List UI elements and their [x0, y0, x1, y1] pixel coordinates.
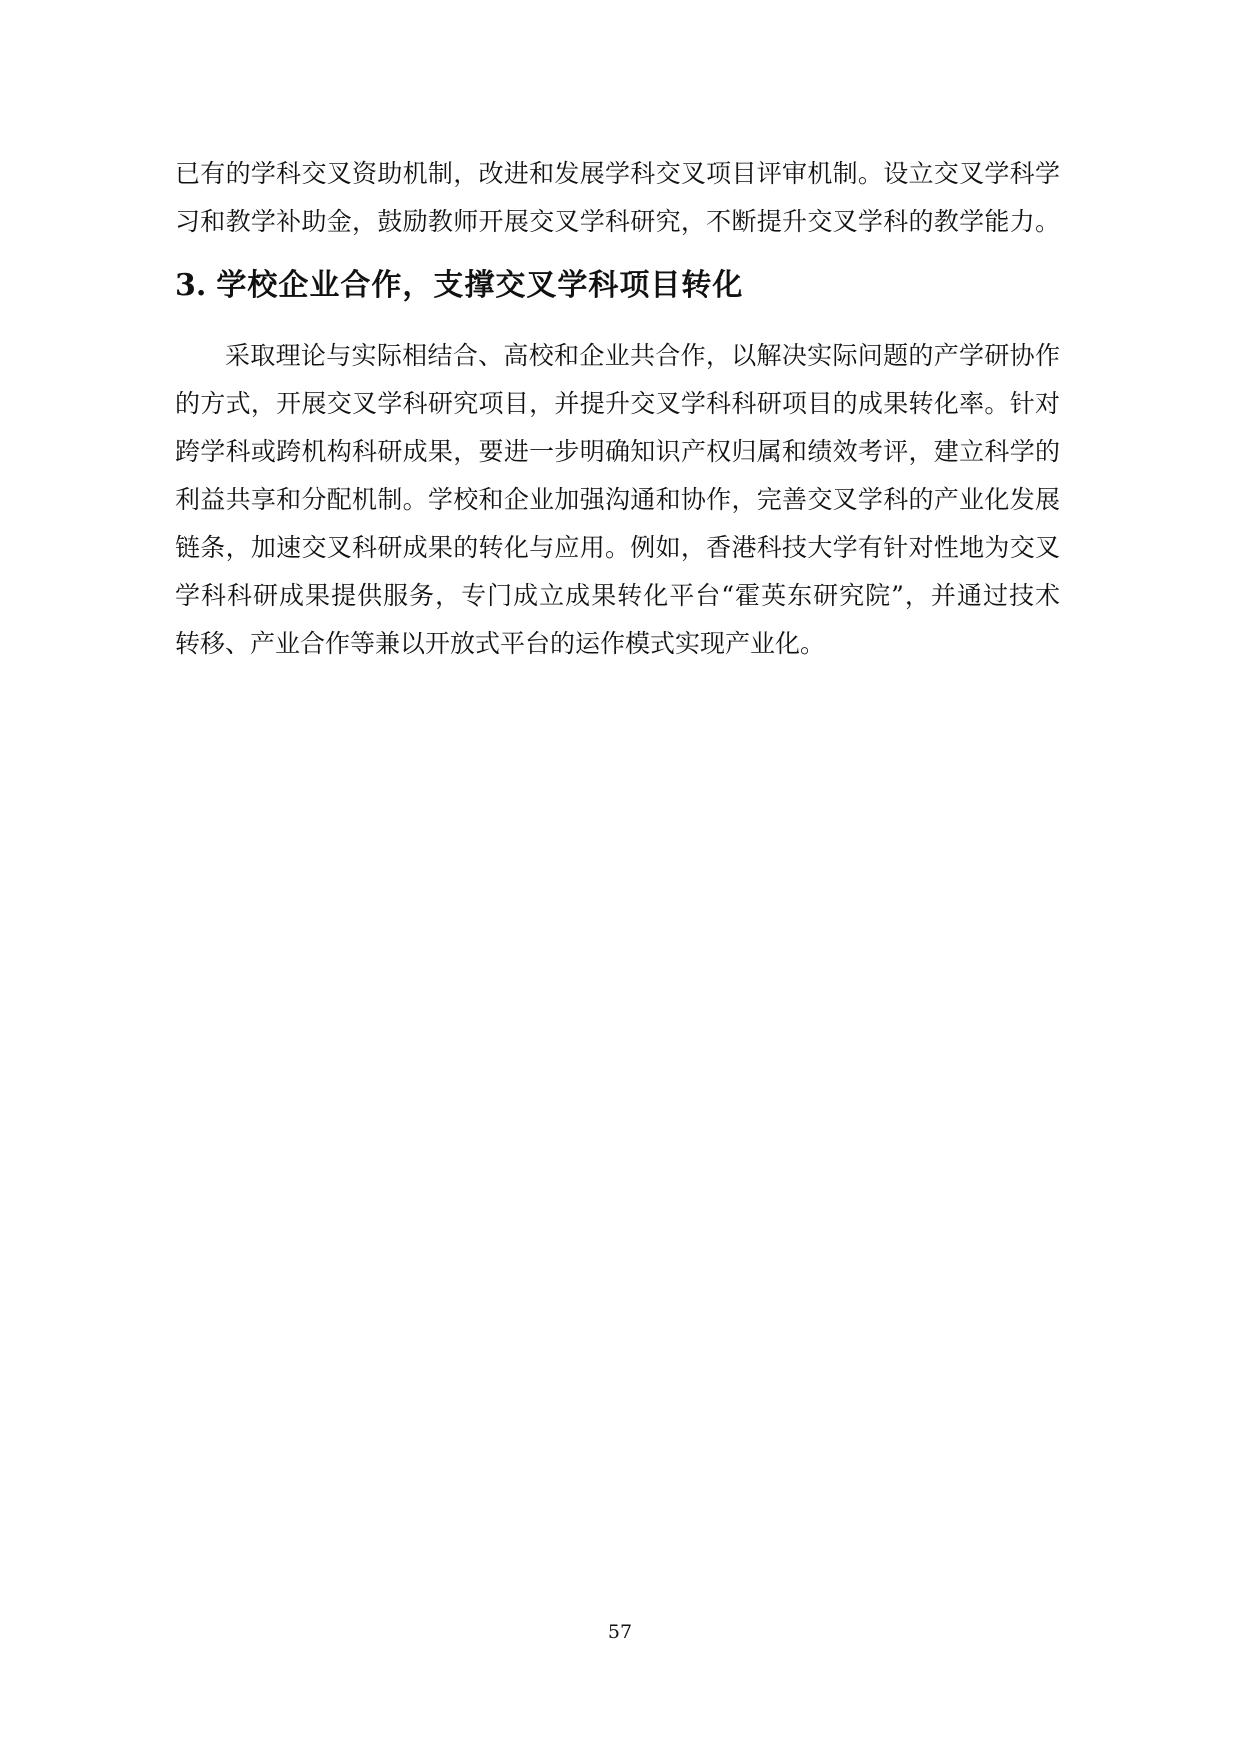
document-page: 已有的学科交叉资助机制，改进和发展学科交叉项目评审机制。设立交叉学科学 习和教学… — [0, 0, 1240, 1753]
paragraph-line: 习和教学补助金，鼓励教师开展交叉学科研究，不断提升交叉学科的教学能力。 — [175, 198, 1060, 246]
paragraph-body: 采取理论与实际相结合、高校和企业共合作，以解决实际问题的产学研协作 的方式，开展… — [175, 332, 1060, 668]
paragraph-line: 链条，加速交叉科研成果的转化与应用。例如，香港科技大学有针对性地为交叉 — [175, 524, 1060, 572]
paragraph-line: 跨学科或跨机构科研成果，要进一步明确知识产权归属和绩效考评，建立科学的 — [175, 428, 1060, 476]
paragraph-line: 采取理论与实际相结合、高校和企业共合作，以解决实际问题的产学研协作 — [175, 332, 1060, 380]
section-heading-number: 3. — [175, 268, 206, 303]
paragraph-line: 转移、产业合作等兼以开放式平台的运作模式实现产业化。 — [175, 620, 1060, 668]
paragraph-line: 学科科研成果提供服务，专门成立成果转化平台“霍英东研究院”，并通过技术 — [175, 572, 1060, 620]
paragraph-line: 利益共享和分配机制。学校和企业加强沟通和协作，完善交叉学科的产业化发展 — [175, 476, 1060, 524]
page-number: 57 — [0, 1620, 1240, 1644]
section-heading-text: 学校企业合作，支撑交叉学科项目转化 — [216, 268, 743, 303]
section-heading: 3.学校企业合作，支撑交叉学科项目转化 — [175, 266, 1060, 306]
paragraph-line: 的方式，开展交叉学科研究项目，并提升交叉学科科研项目的成果转化率。针对 — [175, 380, 1060, 428]
paragraph-continued: 已有的学科交叉资助机制，改进和发展学科交叉项目评审机制。设立交叉学科学 习和教学… — [175, 150, 1060, 246]
page-content: 已有的学科交叉资助机制，改进和发展学科交叉项目评审机制。设立交叉学科学 习和教学… — [175, 150, 1060, 668]
paragraph-line: 已有的学科交叉资助机制，改进和发展学科交叉项目评审机制。设立交叉学科学 — [175, 150, 1060, 198]
